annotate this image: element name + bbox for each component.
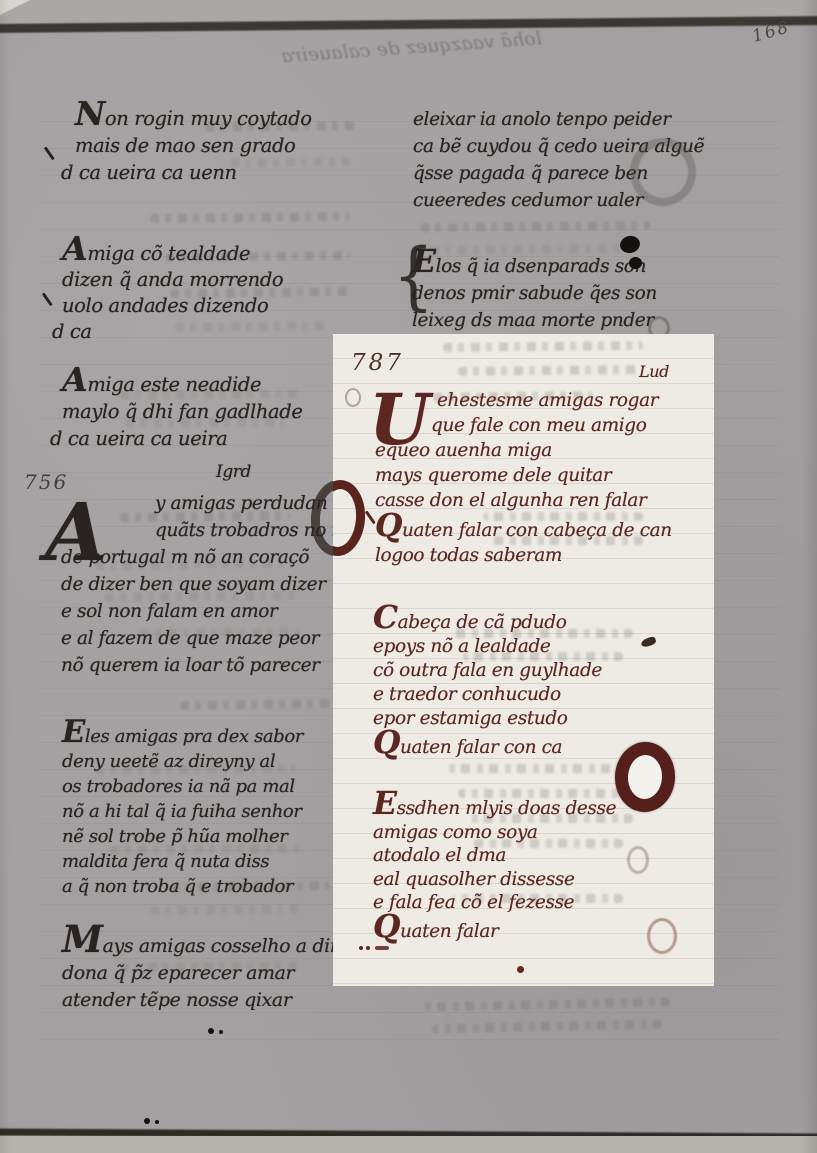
ink-dot [155, 1120, 159, 1124]
verse-line: d ca ueira ca ueira [50, 425, 303, 452]
verse-line: denos pmir sabude q̃es son [412, 280, 657, 307]
verse-line: leixeg ds maa morte pnder [412, 307, 657, 334]
verse-line: dona q̃ p̃z eparecer amar [62, 960, 361, 987]
verse-line: Amiga este neadide [62, 366, 303, 398]
verse-line: maldita fera q̃ nuta diss [62, 849, 303, 874]
verse-line: Eles amigas pra dex sabor [62, 720, 303, 749]
verse-line: maylo q̃ dhi fan gadlhade [62, 398, 303, 425]
verse-line: nõ querem ia loar tõ parecer [55, 652, 375, 679]
stanza-left-4: A y amigas perdudan cohoca quãts trobadr… [55, 490, 375, 679]
verse-line: nõ a hi tal q̃ ia fuiha senhor [62, 799, 303, 824]
verse-line: d ca [52, 319, 283, 345]
verse-line: dizen q̃ anda morrendo [62, 267, 283, 293]
verse-line: amigas como soya [373, 821, 616, 845]
ink-dot [366, 946, 370, 950]
verse-line: atodalo el dma [373, 844, 616, 868]
verse-line: mais de mao sen grado [75, 132, 312, 159]
ink-dot [144, 1118, 150, 1124]
ghost-line [180, 699, 330, 710]
verse-line: y amigas perdudan cohoca [55, 490, 375, 517]
verse-line: cõ outra fala en guylhade [373, 659, 602, 683]
ghost-ring [630, 138, 696, 206]
page-right-shading [801, 0, 817, 1153]
stanza-left-3: Amiga este neadide maylo q̃ dhi fan gadl… [62, 366, 303, 452]
verse-line: e sol non falam en amor [55, 598, 375, 625]
initial-o-maroon [333, 478, 368, 557]
verse-line: ehestesme amigas rogar [371, 388, 706, 413]
page-left-shading [0, 0, 10, 1153]
page-bottom-margin [0, 1136, 817, 1153]
ghost-ring [647, 918, 677, 954]
verse-line: Mays amigas cosselho a diner [62, 926, 361, 960]
ink-blot [629, 257, 642, 269]
ink-dot [208, 1028, 214, 1034]
verse-line: casse don el algunha ren falar [371, 488, 706, 513]
verse-line: Quaten falar [373, 915, 616, 944]
verse-line: Amiga cõ tealdade [62, 236, 283, 267]
highlight-region: 787 Lud U ehestesme amigas rogar que fal… [333, 334, 714, 986]
verse-line: de dizer ben que soyam dizer [55, 571, 375, 598]
ink-dot [359, 946, 363, 950]
verso-showthrough-inscription: lohã vaazquez de calaueira [292, 27, 543, 66]
verse-line: a q̃ non troba q̃ e trobador [62, 874, 303, 899]
verse-line: de portugal m nõ an coraçõ [55, 544, 375, 571]
ghost-line [448, 764, 638, 773]
stanza-787-2: Cabeça de cã pdudo epoys nõ a lealdade c… [373, 606, 602, 760]
illuminated-initial-o [613, 740, 677, 813]
verse-line: Elos q̃ ia dsenparads son [412, 248, 657, 280]
verse-line: eleixar ia anolo tenpo peider [413, 106, 704, 133]
marginal-note: Lud [639, 362, 669, 381]
ghost-line [443, 341, 643, 352]
verse-line: mays querome dele quitar [371, 463, 706, 488]
verse-line: quãts trobadros no reyno fod [55, 517, 375, 544]
stanza-787-3: Essdhen mlyis doas desse amigas como soy… [373, 792, 616, 943]
stanza-left-5: Eles amigas pra dex sabor deny ueetẽ az … [62, 720, 303, 899]
ink-dot [517, 966, 524, 973]
verse-line: Cabeça de cã pdudo [373, 606, 602, 635]
verse-line: uolo andades dizendo [62, 293, 283, 319]
verse-line: d ca ueira ca uenn [61, 159, 312, 186]
verse-line: epoys nõ a lealdade [373, 635, 602, 659]
stanza-right-2: Elos q̃ ia dsenparads son denos pmir sab… [412, 248, 657, 334]
ghost-line [150, 904, 300, 915]
stanza-left-6: Mays amigas cosselho a diner dona q̃ p̃z… [62, 926, 361, 1014]
ink-dash [375, 946, 389, 950]
verse-line: e fala fea cõ el fezesse [373, 891, 616, 915]
verse-line: atender tẽpe nosse qixar [62, 987, 361, 1014]
manuscript-page: 168 lohã vaazquez de calaueira Non rogin… [0, 0, 817, 1153]
verse-line: nẽ sol trobe p̃ hũa molher [62, 824, 303, 849]
verse-line: Non rogin muy coytado [75, 100, 312, 132]
ink-dot [219, 1030, 223, 1034]
verse-line: e al fazem de que maze peor [55, 625, 375, 652]
ghost-line [458, 365, 638, 376]
stanza-left-2: Amiga cõ tealdade dizen q̃ anda morrendo… [62, 236, 283, 345]
cantiga-number-787: 787 [351, 350, 404, 376]
verse-line: equeo auenha miga [371, 438, 706, 463]
verse-line: Quaten falar con cabeça de can [371, 513, 706, 543]
verse-line: eal quasolher dissesse [373, 868, 616, 892]
ghost-ring [345, 388, 361, 407]
verse-line: epor estamiga estudo [373, 707, 602, 731]
verse-line: e traedor conhucudo [373, 683, 602, 707]
stanza-left-1: Non rogin muy coytado mais de mao sen gr… [75, 100, 312, 186]
ghost-mark [627, 846, 649, 874]
verse-line: os trobadores ia nã pa mal [62, 774, 303, 799]
pen-mark [640, 636, 657, 648]
stanza-787-1: U ehestesme amigas rogar que fale con me… [371, 380, 706, 568]
verse-line: que fale con meu amigo [371, 413, 706, 438]
verse-line: logoo todas saberam [371, 543, 706, 568]
attribution-mark: Igrd [216, 462, 251, 482]
verse-line: deny ueetẽ az direyny al [62, 749, 303, 774]
verse-line: Essdhen mlyis doas desse [373, 792, 616, 821]
verse-line: Quaten falar con ca [373, 731, 602, 760]
